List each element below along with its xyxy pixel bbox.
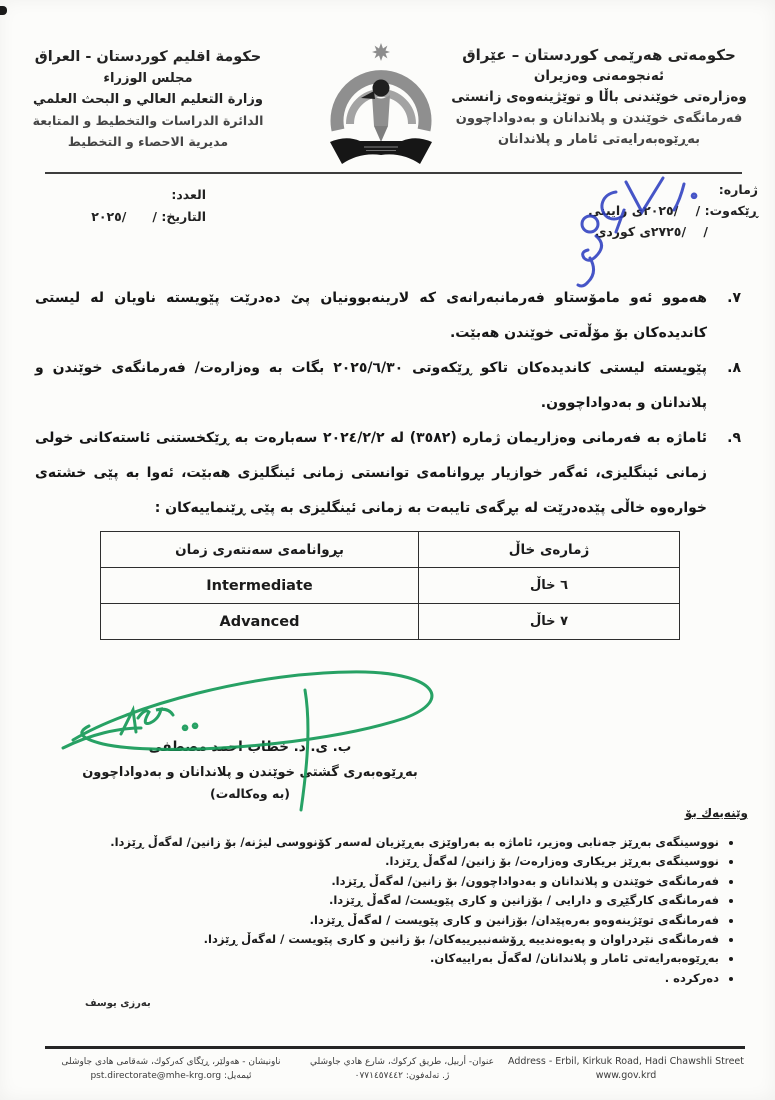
footer-address-ar: عنوان- أربيل، طريق كركوك، شارع هادي جاوش…	[297, 1055, 507, 1069]
footer-address-ku: ناونیشان - هه‌ولێر، ڕێگای كه‌ركوك، شه‌قا…	[45, 1055, 297, 1069]
cc-item: فه‌رمانگه‌ی توێژینه‌وه‌و به‌ره‌پێدان/ بۆ…	[59, 911, 719, 930]
council-title-kurdish: ئه‌نجومه‌نی وه‌زیران	[436, 66, 762, 87]
clerk-name: به‌رزی یوسف	[85, 998, 151, 1009]
cc-item: فه‌رمانگه‌ی خوێندن و پلاندانان و به‌دواد…	[59, 872, 719, 891]
ministry-title-arabic: وزارة التعليم العالي و البحث العلمي	[26, 89, 270, 110]
level-cell: Advanced	[101, 604, 419, 640]
department-title-kurdish: به‌ڕێوه‌به‌رایه‌تی ئامار و پلاندانان	[436, 129, 762, 150]
cc-item: به‌ڕێوه‌به‌رایه‌تی ئامار و پلاندانان/ له…	[59, 949, 719, 968]
item-number: ٧.	[711, 281, 741, 351]
paragraph-8: ٨. پێویسته لیستی كاندیده‌كان تاكو ڕێكه‌و…	[35, 351, 741, 421]
certificate-header: بڕوانامه‌ی سه‌نته‌ری زمان	[101, 532, 419, 568]
directorate-title-kurdish: فه‌رمانگه‌ی خوێندن و پلاندانان و به‌دواد…	[436, 108, 762, 129]
footer: Address - Erbil, Kirkuk Road, Hadi Chaws…	[45, 1055, 745, 1083]
paragraph-9: ٩. ئاماژه به فه‌رمانی وه‌زاریمان ژماره (…	[35, 421, 741, 526]
table-row: ٦ خاڵ Intermediate	[101, 568, 680, 604]
footer-kurdish: ناونیشان - هه‌ولێر، ڕێگای كه‌ركوك، شه‌قا…	[45, 1055, 297, 1083]
number-label-kurdish: ژماره:	[719, 182, 758, 197]
table-header-row: ژماره‌ی خاڵ بڕوانامه‌ی سه‌نته‌ری زمان	[101, 532, 680, 568]
cc-item: نووسینگه‌ی به‌ڕێز بریكاری وه‌زاره‌ت/ بۆ …	[59, 852, 719, 871]
number-label-arabic: العدد:	[171, 187, 206, 202]
item-text: ئاماژه به فه‌رمانی وه‌زاریمان ژماره (٣٥٨…	[35, 421, 711, 526]
cc-list: نووسینگه‌ی به‌ڕێز جه‌نابی وه‌زیر، ئاماژه…	[59, 833, 735, 988]
footer-website: www.gov.krd	[507, 1069, 745, 1083]
signer-name: ب. ی. د. خطاب احمد مصطفی	[70, 739, 430, 755]
points-cell: ٦ خاڵ	[419, 568, 680, 604]
level-cell: Intermediate	[101, 568, 419, 604]
reference-block-arabic: العدد: التاريخ: / /٢٠٢٥	[30, 184, 206, 228]
cc-heading: وێنه‌یه‌ك بۆ	[685, 806, 748, 820]
gov-title-arabic: حكومة اقليم كوردستان - العراق	[26, 46, 270, 68]
item-text: هه‌موو ئه‌و مامۆستاو فه‌رمانبه‌رانه‌ی كه…	[35, 281, 711, 351]
reference-block-kurdish: ژماره: ڕێكه‌وت: / /٢٠٢٥ی زایینی / /٢٧٢٥ی…	[520, 179, 758, 242]
date-label-arabic: التاريخ:	[161, 209, 206, 224]
footer-email: ئیمه‌یل: pst.directorate@mhe-krg.org	[45, 1069, 297, 1083]
header-divider	[45, 172, 742, 174]
cc-item: فه‌رمانگه‌ی كارگێڕی و دارایی / بۆزانین و…	[59, 891, 719, 910]
points-header: ژماره‌ی خاڵ	[419, 532, 680, 568]
scanned-letter-page: حكومه‌تی هه‌رێمی كوردستان – عێراق ئه‌نجو…	[0, 0, 775, 1100]
footer-divider	[45, 1046, 745, 1049]
footer-phone: ژ. ته‌له‌فون: ٠٧٧١٤٥٧٤٤٢	[297, 1069, 507, 1083]
item-number: ٨.	[711, 351, 741, 421]
letter-body: ٧. هه‌موو ئه‌و مامۆستاو فه‌رمانبه‌رانه‌ی…	[35, 281, 741, 526]
footer-english: Address - Erbil, Kirkuk Road, Hadi Chaws…	[507, 1055, 745, 1083]
signer-title: به‌ڕێوه‌به‌ری گشتی خوێندن و پلاندانان و …	[70, 765, 430, 780]
department-title-arabic: مديرية الاحصاء و التخطيط	[26, 131, 270, 152]
header-kurdish: حكومه‌تی هه‌رێمی كوردستان – عێراق ئه‌نجو…	[436, 44, 762, 150]
item-text: پێویسته لیستی كاندیده‌كان تاكو ڕێكه‌وتی …	[35, 351, 711, 421]
header-arabic: حكومة اقليم كوردستان - العراق مجلس الوزر…	[26, 46, 270, 152]
cc-item: ده‌رکرده .	[59, 969, 719, 988]
scan-artifact	[0, 6, 7, 15]
krg-eagle-emblem-icon	[316, 38, 446, 172]
footer-arabic: عنوان- أربيل، طريق كركوك، شارع هادي جاوش…	[297, 1055, 507, 1083]
directorate-title-arabic: الدائرة الدراسات والتخطيط و المتابعة	[26, 110, 270, 131]
date-kurdish-value: / /٢٧٢٥ی كوردی	[595, 224, 708, 239]
gov-title-kurdish: حكومه‌تی هه‌رێمی كوردستان – عێراق	[436, 44, 762, 66]
cc-item: نووسینگه‌ی به‌ڕێز جه‌نابی وه‌زیر، ئاماژه…	[59, 833, 719, 852]
date-value-arabic: / /٢٠٢٥	[91, 209, 157, 224]
paragraph-7: ٧. هه‌موو ئه‌و مامۆستاو فه‌رمانبه‌رانه‌ی…	[35, 281, 741, 351]
footer-address-en: Address - Erbil, Kirkuk Road, Hadi Chaws…	[507, 1055, 745, 1069]
delegation-note: (به وه‌كاله‌ت)	[70, 786, 430, 801]
points-cell: ٧ خاڵ	[419, 604, 680, 640]
item-number: ٩.	[711, 421, 741, 526]
council-title-arabic: مجلس الوزراء	[26, 68, 270, 89]
table-row: ٧ خاڵ Advanced	[101, 604, 680, 640]
cc-item: فه‌رمانگه‌ی نێردراوان و په‌یوه‌ندییه ڕۆش…	[59, 930, 719, 949]
ministry-title-kurdish: وه‌زاره‌تی خوێندنی باڵا و توێژینه‌وه‌ی ز…	[436, 87, 762, 108]
english-levels-table: ژماره‌ی خاڵ بڕوانامه‌ی سه‌نته‌ری زمان ٦ …	[100, 531, 680, 640]
signature-block: ب. ی. د. خطاب احمد مصطفی به‌ڕێوه‌به‌ری گ…	[70, 739, 430, 801]
date-label-kurdish: ڕێكه‌وت:	[705, 203, 758, 218]
date-gregorian-value: / /٢٠٢٥ی زایینی	[588, 203, 700, 218]
